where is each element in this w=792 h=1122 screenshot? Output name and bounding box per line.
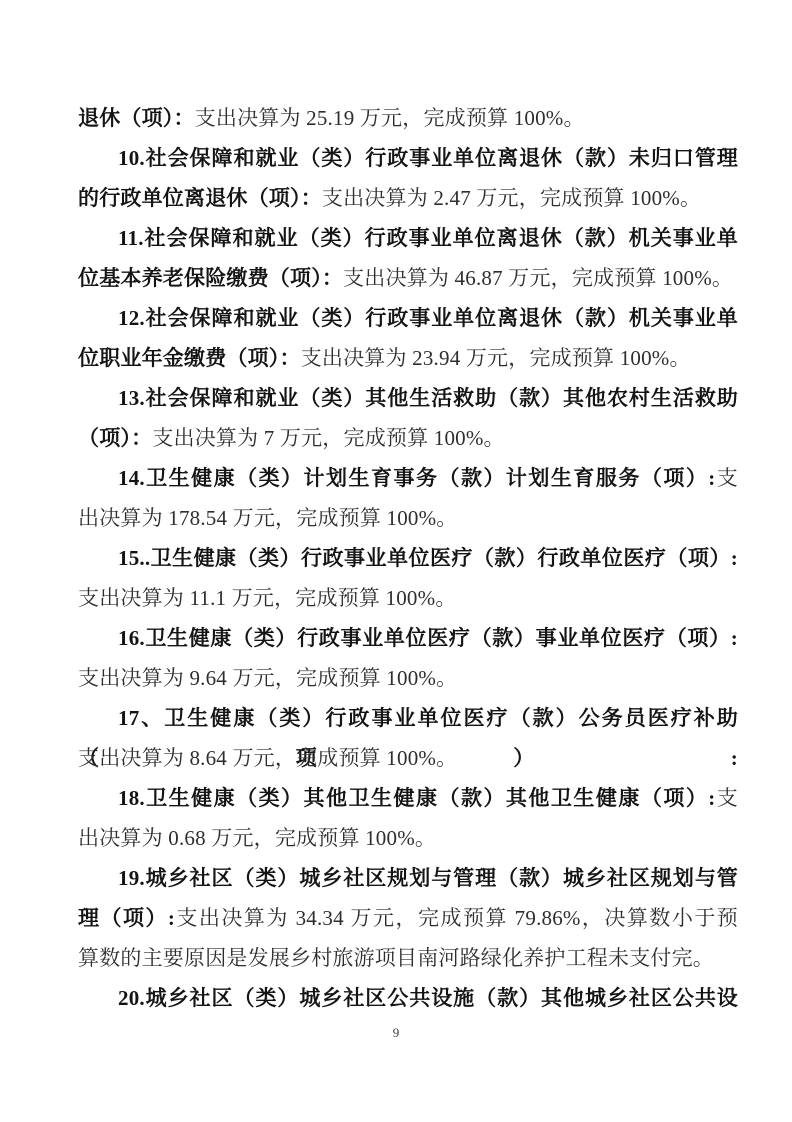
text-line: 支出决算为 9.64 万元，完成预算 100%。 <box>78 658 738 698</box>
heading-segment: 19.城乡社区（类）城乡社区规划与管理（款）城乡社区规划与管 <box>118 866 738 890</box>
text-line: 16.卫生健康（类）行政事业单位医疗（款）事业单位医疗（项）: <box>78 618 738 658</box>
heading-segment: 退休（项）： <box>78 106 195 130</box>
text-line: 位基本养老保险缴费（项）：支出决算为 46.87 万元，完成预算 100%。 <box>78 258 738 298</box>
heading-segment: 13.社会保障和就业（类）其他生活救助（款）其他农村生活救助 <box>118 386 738 410</box>
text-line: 出决算为 0.68 万元，完成预算 100%。 <box>78 818 738 858</box>
text-line: 13.社会保障和就业（类）其他生活救助（款）其他农村生活救助 <box>78 378 738 418</box>
heading-segment: 14.卫生健康（类）计划生育事务（款）计划生育服务（项）: <box>118 466 716 490</box>
text-line: 算数的主要原因是发展乡村旅游项目南河路绿化养护工程未支付完。 <box>78 938 738 978</box>
heading-segment: 15..卫生健康（类）行政事业单位医疗（款）行政单位医疗（项）: <box>118 546 738 570</box>
text-line: 14.卫生健康（类）计划生育事务（款）计划生育服务（项）:支 <box>78 458 738 498</box>
heading-segment: 12.社会保障和就业（类）行政事业单位离退休（款）机关事业单 <box>118 306 738 330</box>
text-line: 17、卫生健康（类）行政事业单位医疗（款）公务员医疗补助（项）: <box>78 698 738 738</box>
body-segment: 支出决算为 34.34 万元，完成预算 79.86%，决算数小于预 <box>175 906 738 930</box>
text-line: 支出决算为 11.1 万元，完成预算 100%。 <box>78 578 738 618</box>
heading-segment: 位职业年金缴费（项）： <box>78 346 301 370</box>
text-line: 12.社会保障和就业（类）行政事业单位离退休（款）机关事业单 <box>78 298 738 338</box>
heading-segment: 理（项）: <box>78 906 175 930</box>
text-line: 10.社会保障和就业（类）行政事业单位离退休（款）未归口管理 <box>78 138 738 178</box>
document-page: 退休（项）：支出决算为 25.19 万元，完成预算 100%。10.社会保障和就… <box>0 0 792 1122</box>
text-line: 20.城乡社区（类）城乡社区公共设施（款）其他城乡社区公共设 <box>78 978 738 1018</box>
text-line: 11.社会保障和就业（类）行政事业单位离退休（款）机关事业单 <box>78 218 738 258</box>
heading-segment: 的行政单位离退休（项）： <box>78 186 322 210</box>
text-line: （项）：支出决算为 7 万元，完成预算 100%。 <box>78 418 738 458</box>
body-segment: 支出决算为 2.47 万元，完成预算 100%。 <box>322 186 701 210</box>
body-segment: 支出决算为 8.64 万元，完成预算 100%。 <box>78 746 457 770</box>
body-segment: 支出决算为 46.87 万元，完成预算 100%。 <box>343 266 733 290</box>
heading-segment: 20.城乡社区（类）城乡社区公共设施（款）其他城乡社区公共设 <box>118 986 738 1010</box>
body-segment: 支出决算为 25.19 万元，完成预算 100%。 <box>195 106 585 130</box>
body-segment: 出决算为 0.68 万元，完成预算 100%。 <box>78 826 436 850</box>
text-line: 15..卫生健康（类）行政事业单位医疗（款）行政单位医疗（项）: <box>78 538 738 578</box>
body-segment: 支出决算为 9.64 万元，完成预算 100%。 <box>78 666 457 690</box>
body-segment: 支出决算为 23.94 万元，完成预算 100%。 <box>301 346 691 370</box>
heading-segment: 10.社会保障和就业（类）行政事业单位离退休（款）未归口管理 <box>118 146 738 170</box>
text-line: 位职业年金缴费（项）：支出决算为 23.94 万元，完成预算 100%。 <box>78 338 738 378</box>
heading-segment: 16.卫生健康（类）行政事业单位医疗（款）事业单位医疗（项）: <box>118 626 738 650</box>
body-segment: 出决算为 178.54 万元，完成预算 100%。 <box>78 506 458 530</box>
page-number: 9 <box>0 1024 792 1042</box>
text-line: 出决算为 178.54 万元，完成预算 100%。 <box>78 498 738 538</box>
text-line: 18.卫生健康（类）其他卫生健康（款）其他卫生健康（项）:支 <box>78 778 738 818</box>
body-segment: 算数的主要原因是发展乡村旅游项目南河路绿化养护工程未支付完。 <box>78 946 714 970</box>
heading-segment: 位基本养老保险缴费（项）： <box>78 266 343 290</box>
heading-segment: 11.社会保障和就业（类）行政事业单位离退休（款）机关事业单 <box>118 226 738 250</box>
text-line: 19.城乡社区（类）城乡社区规划与管理（款）城乡社区规划与管 <box>78 858 738 898</box>
text-line: 理（项）:支出决算为 34.34 万元，完成预算 79.86%，决算数小于预 <box>78 898 738 938</box>
body-segment: 支出决算为 11.1 万元，完成预算 100%。 <box>78 586 457 610</box>
heading-segment: （项）： <box>78 426 152 450</box>
document-body: 退休（项）：支出决算为 25.19 万元，完成预算 100%。10.社会保障和就… <box>78 98 738 1018</box>
text-line: 的行政单位离退休（项）：支出决算为 2.47 万元，完成预算 100%。 <box>78 178 738 218</box>
body-segment: 支出决算为 7 万元，完成预算 100%。 <box>152 426 504 450</box>
body-segment: 支 <box>716 786 739 810</box>
heading-segment: 18.卫生健康（类）其他卫生健康（款）其他卫生健康（项）: <box>118 786 716 810</box>
body-segment: 支 <box>716 466 739 490</box>
text-line: 退休（项）：支出决算为 25.19 万元，完成预算 100%。 <box>78 98 738 138</box>
